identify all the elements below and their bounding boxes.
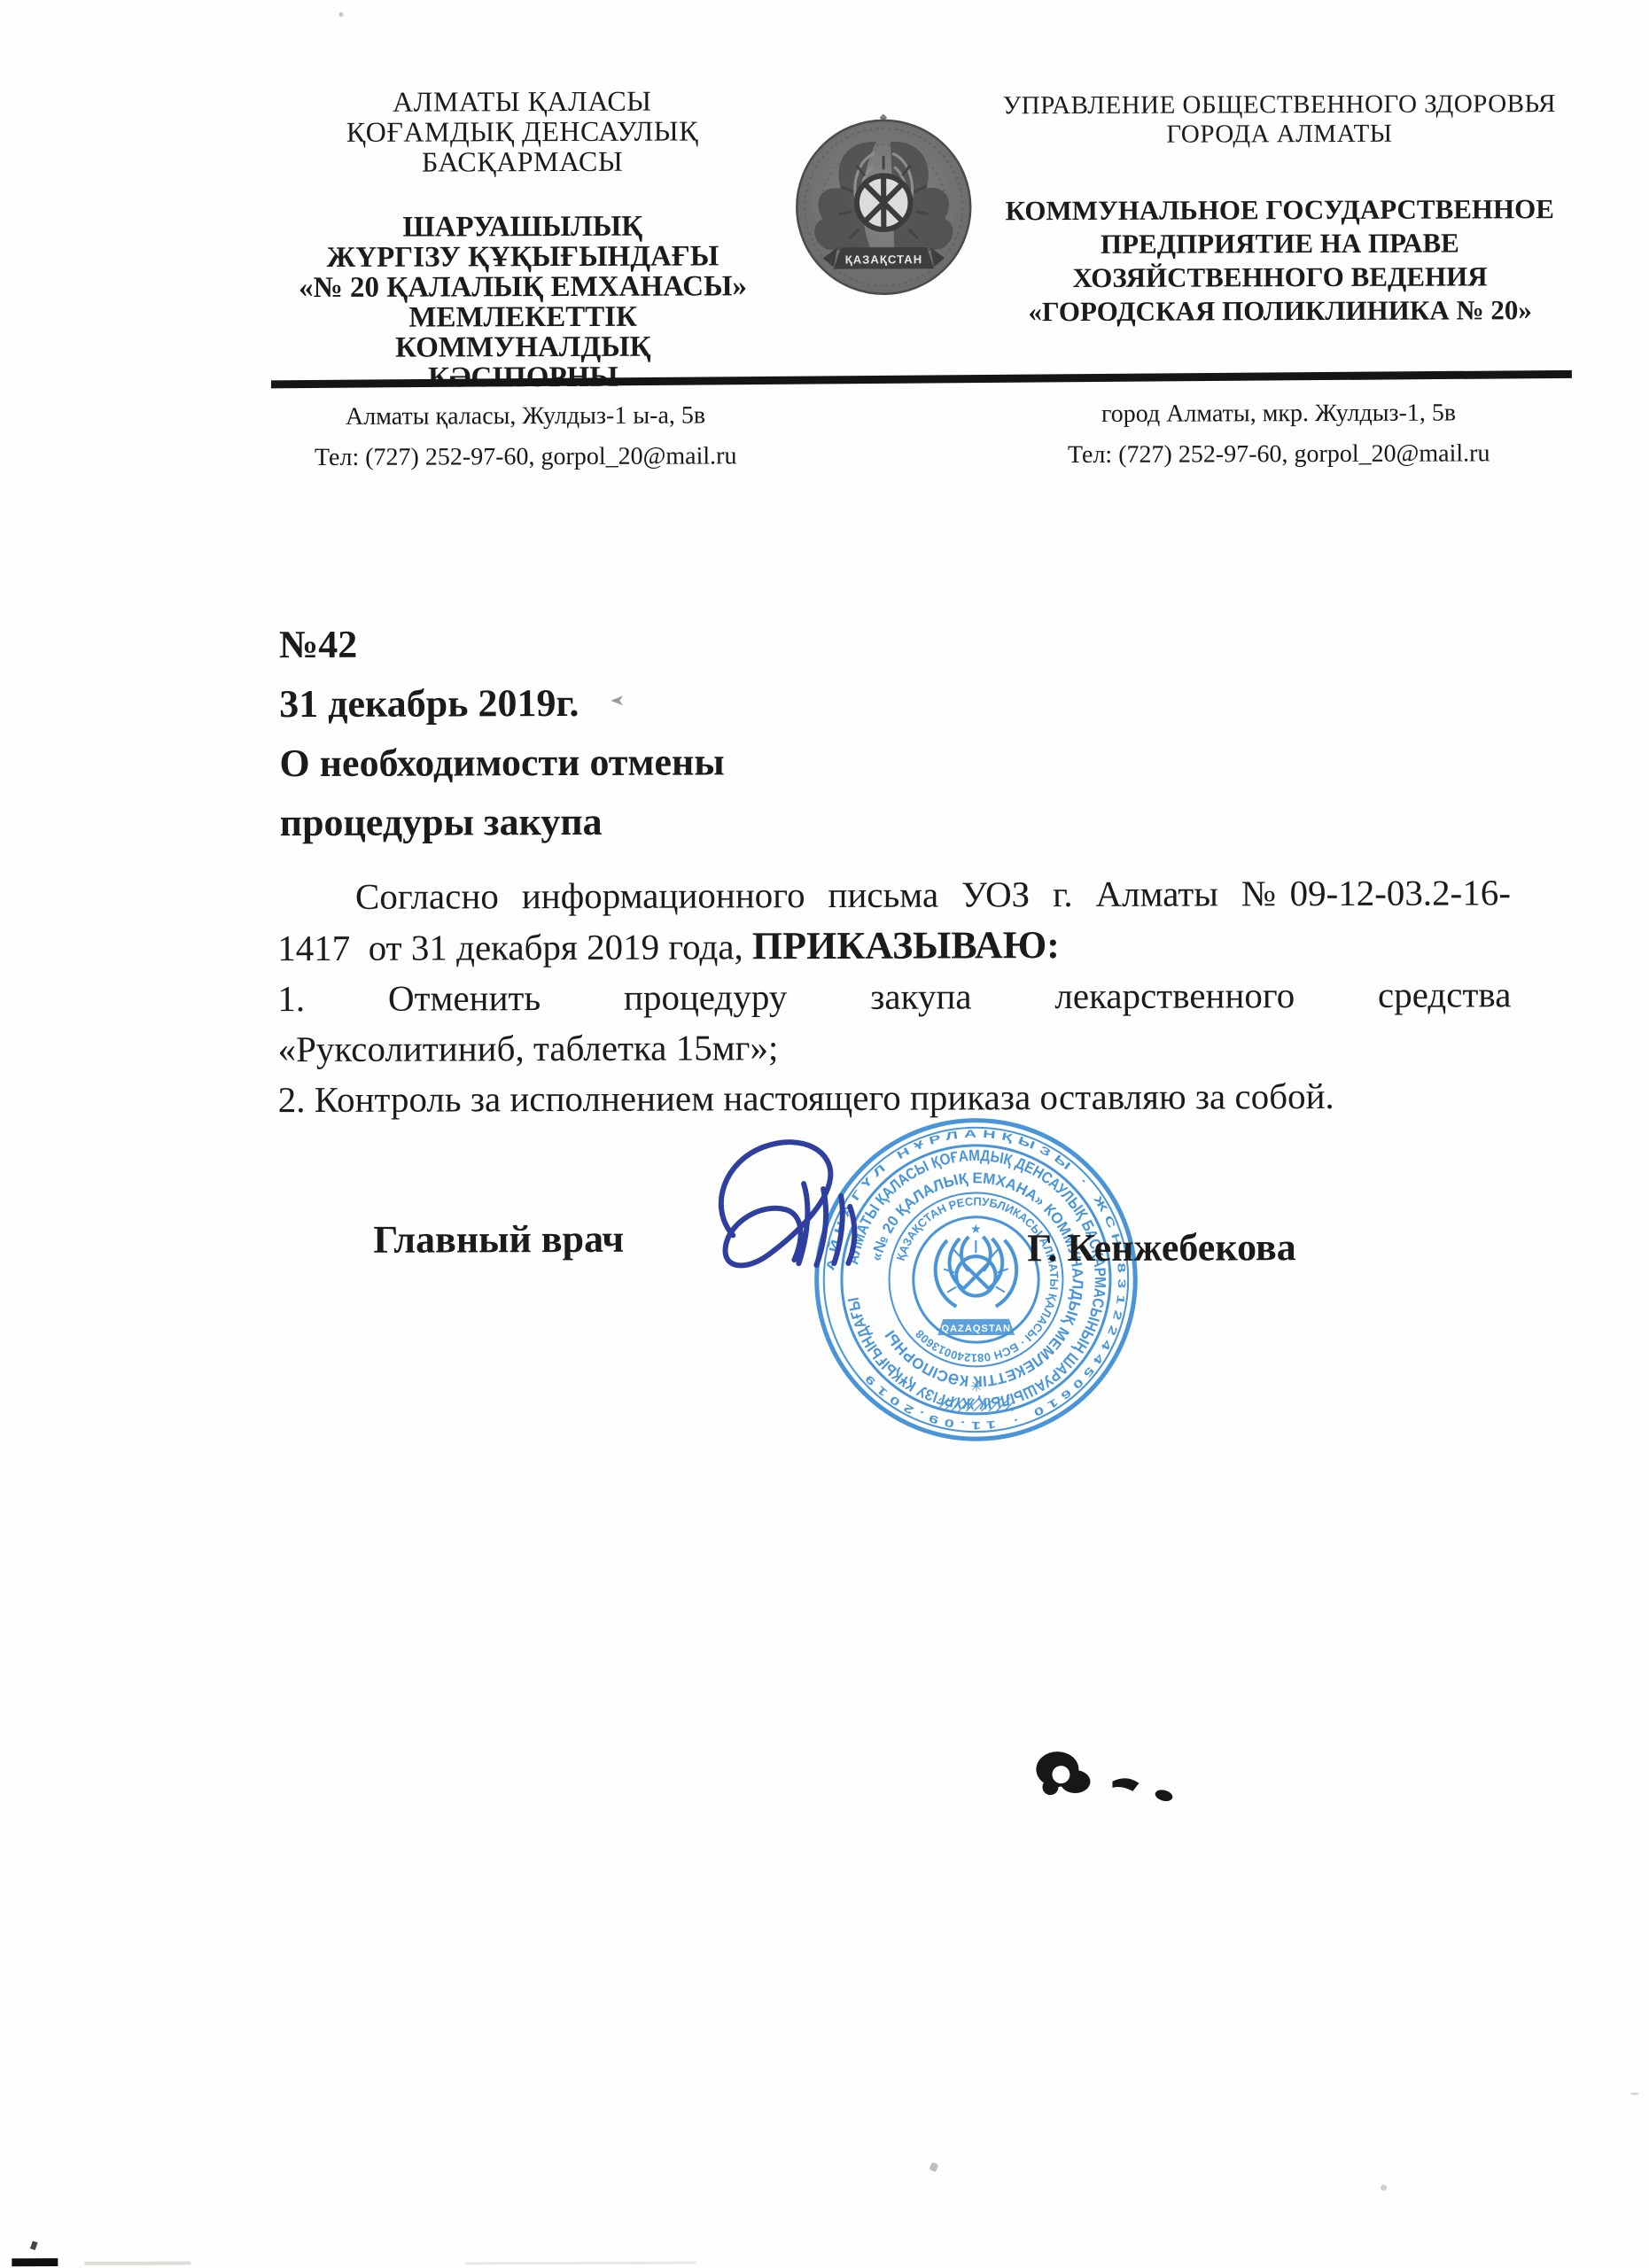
body-line: 1. Отменить процедуру закупа лекарственн… bbox=[277, 969, 1511, 1024]
ink-blot-artifact bbox=[1023, 1746, 1183, 1818]
scan-speck bbox=[1630, 2093, 1639, 2095]
stamp-banner-label: QAZAQSTAN bbox=[941, 1324, 1011, 1334]
order-date: 31 декабрь 2019г. bbox=[279, 672, 724, 734]
org-name-kazakh: АЛМАТЫ ҚАЛАСЫ ҚОҒАМДЫҚ ДЕНСАУЛЫҚ БАСҚАРМ… bbox=[281, 85, 765, 393]
body-line: 1417 от 31 декабря 2019 года, bbox=[277, 926, 752, 968]
org-left-line: ҚОҒАМДЫҚ ДЕНСАУЛЫҚ bbox=[281, 115, 764, 147]
contact-block-kazakh: Алматы қаласы, Жулдыз-1 ы-а, 5в Тел: (72… bbox=[291, 395, 760, 478]
emblem-banner-label: ҚАЗАҚСТАН bbox=[845, 252, 923, 266]
org-right-bold-line: «ГОРОДСКАЯ ПОЛИКЛИНИКА № 20» bbox=[992, 293, 1568, 329]
order-meta-block: №42 31 декабрь 2019г. О необходимости от… bbox=[279, 613, 725, 852]
org-name-russian: УПРАВЛЕНИЕ ОБЩЕСТВЕННОГО ЗДОРОВЬЯ ГОРОДА… bbox=[992, 89, 1568, 329]
stamp-asterisk-icon: ✳ bbox=[970, 1378, 983, 1395]
org-left-line: АЛМАТЫ ҚАЛАСЫ bbox=[281, 85, 764, 117]
signer-name: Г. Кенжебекова bbox=[1027, 1224, 1296, 1270]
org-left-bold-line: ЖҮРГІЗУ ҚҰҚЫҒЫНДАҒЫ bbox=[281, 241, 764, 273]
body-line: «Руксолитиниб, таблетка 15мг»; bbox=[277, 1020, 1511, 1075]
scan-speck bbox=[1381, 2185, 1387, 2191]
scanned-order-document: АЛМАТЫ ҚАЛАСЫ ҚОҒАМДЫҚ ДЕНСАУЛЫҚ БАСҚАРМ… bbox=[0, 0, 1649, 2268]
phone-line: Тел: (727) 252-97-60, gorpol_20@mail.ru bbox=[291, 436, 760, 478]
org-right-bold-line: ПРЕДПРИЯТИЕ НА ПРАВЕ bbox=[992, 226, 1567, 261]
org-left-bold-line: ШАРУАШЫЛЫҚ bbox=[281, 211, 764, 243]
kazakhstan-emblem-icon: ҚАЗАҚСТАН bbox=[794, 113, 974, 306]
order-number: №42 bbox=[279, 613, 724, 674]
body-line: Согласно информационного письма УОЗ г. А… bbox=[277, 867, 1511, 922]
org-right-bold-line: КОММУНАЛЬНОЕ ГОСУДАРСТВЕННОЕ bbox=[992, 192, 1567, 228]
org-right-bold-line: ХОЗЯЙСТВЕННОГО ВЕДЕНИЯ bbox=[992, 260, 1567, 295]
contact-block-russian: город Алматы, мкр. Жулдыз-1, 5в Тел: (72… bbox=[1044, 392, 1513, 476]
order-subject: процедуры закупа bbox=[280, 791, 725, 852]
address-line: Алматы қаласы, Жулдыз-1 ы-а, 5в bbox=[291, 395, 760, 438]
signer-title: Главный врач bbox=[373, 1216, 624, 1262]
phone-line: Тел: (727) 252-97-60, gorpol_20@mail.ru bbox=[1044, 433, 1513, 476]
org-left-line: БАСҚАРМАСЫ bbox=[281, 145, 764, 177]
scan-speck bbox=[929, 2162, 938, 2172]
scan-smudge bbox=[465, 2262, 696, 2265]
org-left-bold-line: МЕМЛЕКЕТТІК КОММУНАЛДЫҚ bbox=[282, 301, 765, 363]
order-subject: О необходимости отмены bbox=[279, 732, 724, 793]
scan-smudge bbox=[84, 2262, 191, 2265]
org-left-bold-line: «№ 20 ҚАЛАЛЫҚ ЕМХАНАСЫ» bbox=[281, 271, 764, 303]
scan-speck bbox=[338, 12, 343, 17]
address-line: город Алматы, мкр. Жулдыз-1, 5в bbox=[1044, 392, 1513, 435]
org-right-line: ГОРОДА АЛМАТЫ bbox=[992, 119, 1567, 150]
order-command: ПРИКАЗЫВАЮ: bbox=[752, 923, 1060, 967]
handwritten-signature bbox=[699, 1122, 939, 1313]
scan-artifact bbox=[30, 2241, 38, 2250]
stamp-star-icon: ★ bbox=[970, 1222, 982, 1236]
order-body: Согласно информационного письма УОЗ г. А… bbox=[277, 867, 1512, 1125]
org-right-line: УПРАВЛЕНИЕ ОБЩЕСТВЕННОГО ЗДОРОВЬЯ bbox=[992, 89, 1567, 120]
scan-edge-mark bbox=[12, 2258, 58, 2266]
scan-artifact bbox=[609, 695, 628, 711]
